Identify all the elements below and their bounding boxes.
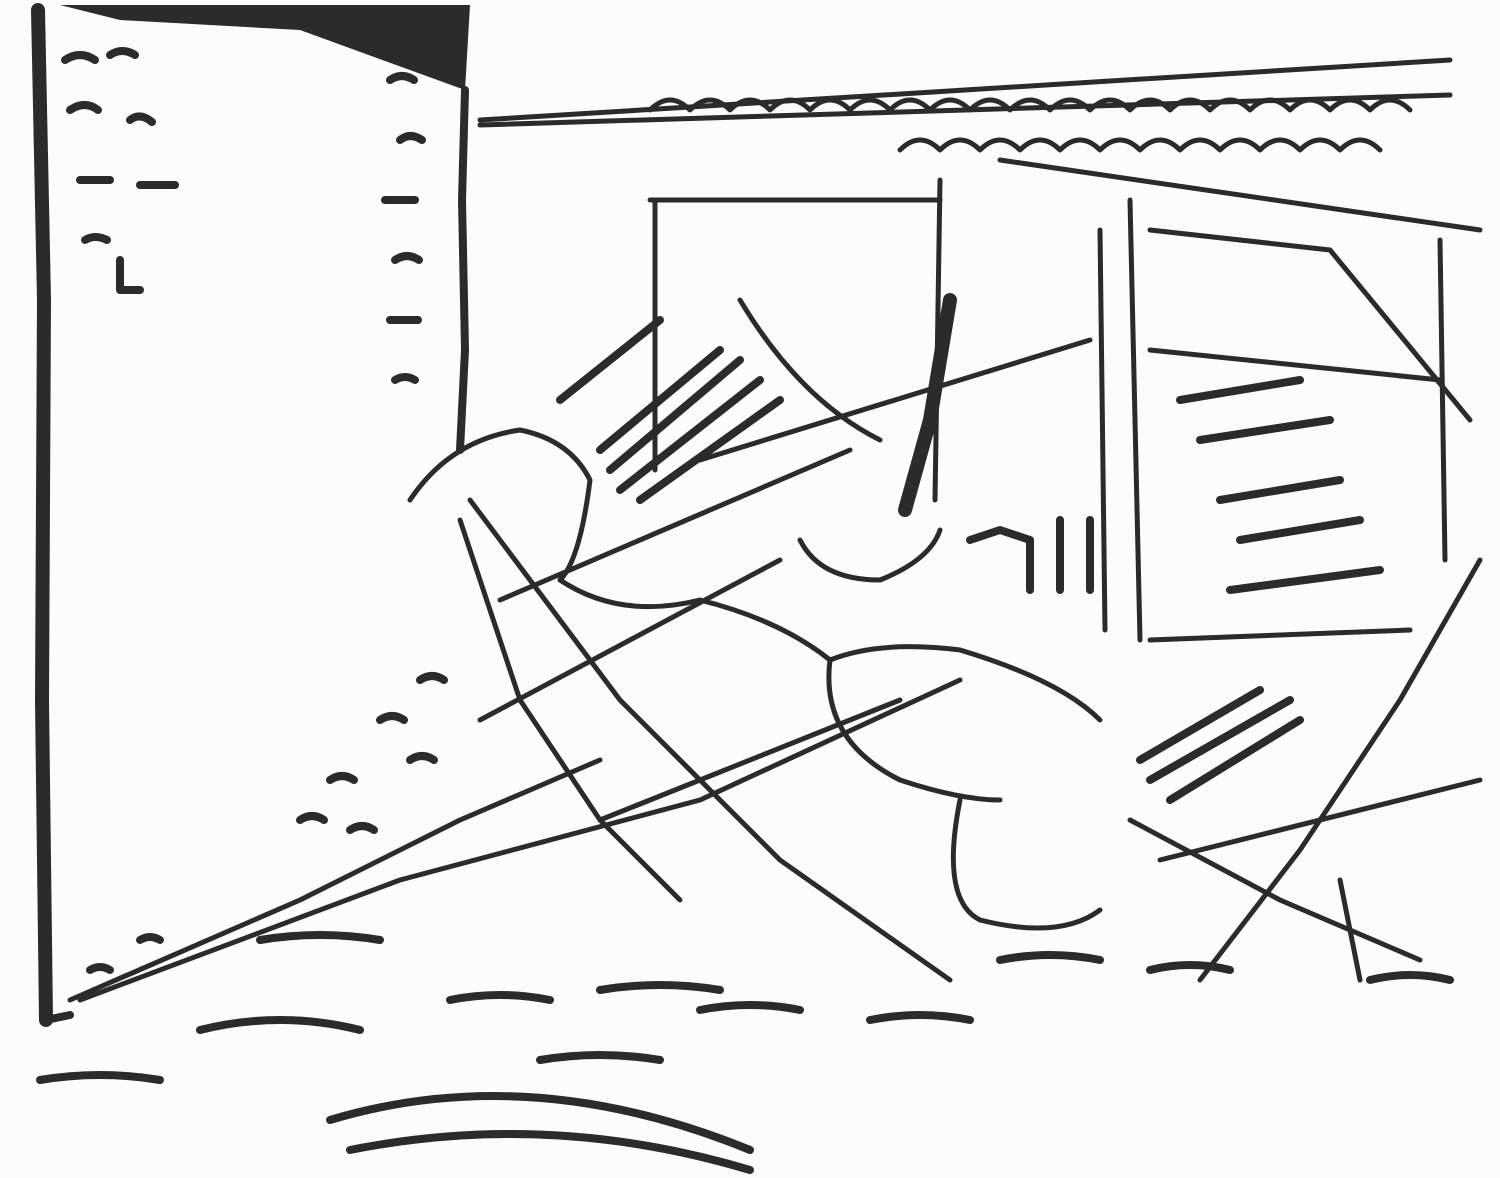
foliage [480,60,1480,230]
brick-marks [65,51,444,970]
hatching [560,320,1380,800]
shelter [1100,200,1470,640]
sketch-canvas: Black marker sketch of a courtyard: bric… [0,0,1500,1178]
wall-left-edge [38,10,70,1020]
deck-chair-right [1130,560,1480,980]
awning-post-shadow [905,300,950,510]
wall-base [70,760,600,1000]
crate [970,520,1090,590]
wall-corner [460,90,465,450]
ground-strokes [40,935,1450,1170]
ink-sketch [0,0,1500,1178]
deck-chair-left [80,450,960,1000]
awning [650,180,1090,500]
